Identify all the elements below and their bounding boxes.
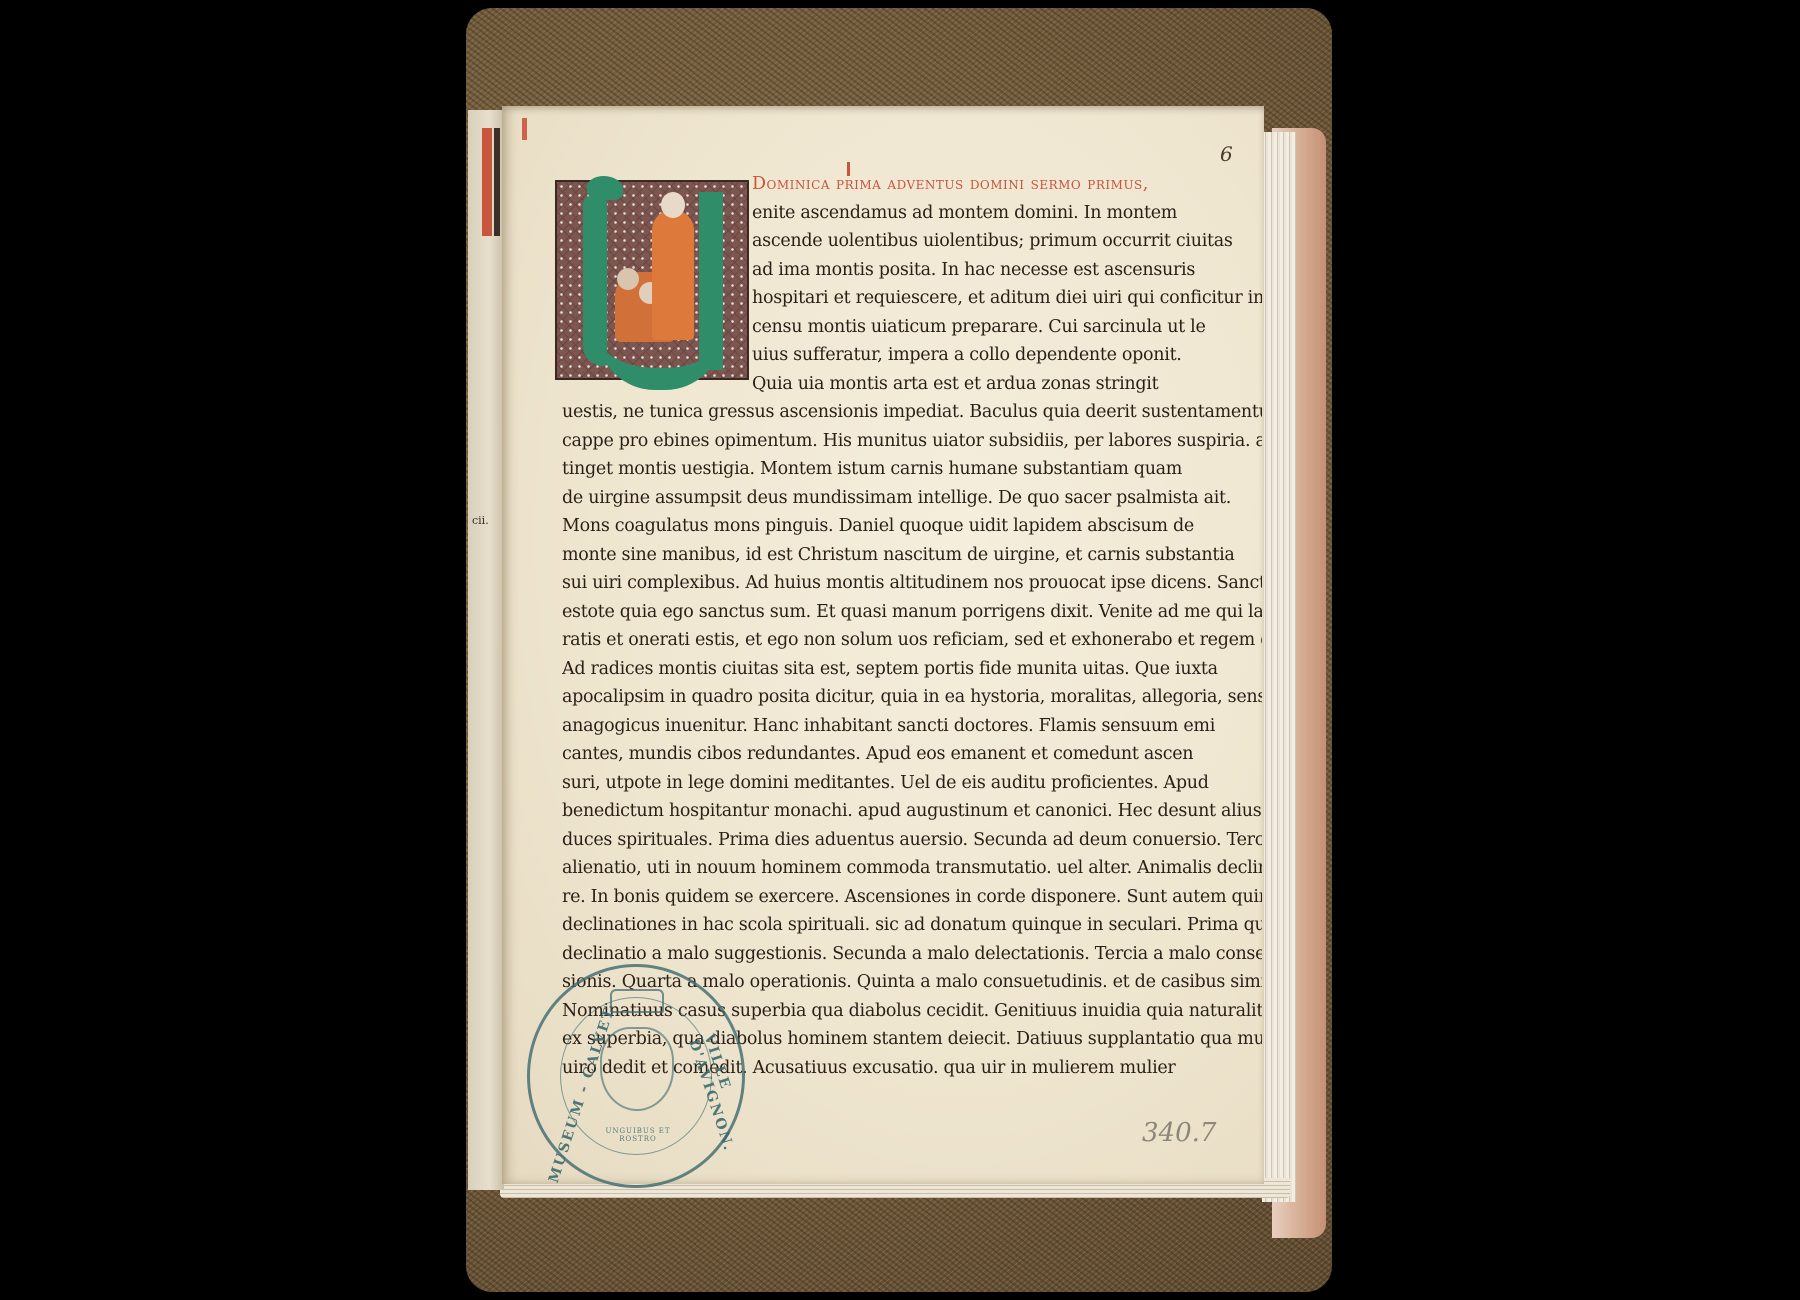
- text-line: Mons coagulatus mons pinguis. Daniel quo…: [562, 512, 1262, 541]
- page-leaf-edges: [1262, 132, 1296, 1202]
- text-line: uius sufferatur, impera a collo dependen…: [562, 341, 1262, 370]
- text-line: apocalipsim in quadro posita dicitur, qu…: [562, 683, 1262, 712]
- text-line: de uirgine assumpsit deus mundissimam in…: [562, 484, 1262, 513]
- text-line: declinatio a malo suggestionis. Secunda …: [562, 940, 1262, 969]
- text-line: re. In bonis quidem se exercere. Ascensi…: [562, 883, 1262, 912]
- text-line: cappe pro ebines opimentum. His munitus …: [562, 427, 1262, 456]
- museum-stamp: UNGUIBUS ET ROSTRO MUSEUM - CALVET VILLE…: [527, 964, 745, 1188]
- text-line: ratis et onerati estis, et ego non solum…: [562, 626, 1262, 655]
- text-line: Ad radices montis ciuitas sita est, sept…: [562, 655, 1262, 684]
- main-text-column: Dominica prima adventus domini sermo pri…: [562, 170, 1262, 1082]
- text-line: uestis, ne tunica gressus ascensionis im…: [562, 398, 1262, 427]
- red-rubric-band: [482, 128, 492, 236]
- eagle-crest-icon: [600, 1027, 674, 1111]
- folio-number: 6: [1220, 142, 1233, 166]
- text-line: duces spirituales. Prima dies aduentus a…: [562, 826, 1262, 855]
- text-line: sui uiri complexibus. Ad huius montis al…: [562, 569, 1262, 598]
- text-line: cantes, mundis cibos redundantes. Apud e…: [562, 740, 1262, 769]
- text-line: benedictum hospitantur monachi. apud aug…: [562, 797, 1262, 826]
- text-line: Quia uia montis arta est et ardua zonas …: [562, 370, 1262, 399]
- dark-band: [494, 128, 500, 236]
- rubric-heading: Dominica prima adventus domini sermo pri…: [562, 170, 1262, 199]
- text-line: tinget montis uestigia. Montem istum car…: [562, 455, 1262, 484]
- text-line: estote quia ego sanctus sum. Et quasi ma…: [562, 598, 1262, 627]
- stamp-motto: UNGUIBUS ET ROSTRO: [588, 1127, 688, 1143]
- text-line: ascende uolentibus uiolentibus; primum o…: [562, 227, 1262, 256]
- shelfmark: 340.7: [1142, 1118, 1216, 1148]
- previous-page-strip: [468, 110, 504, 1190]
- text-line: ad ima montis posita. In hac necesse est…: [562, 256, 1262, 285]
- text-line: hospitari et requiescere, et aditum diei…: [562, 284, 1262, 313]
- text-line: monte sine manibus, id est Christum nasc…: [562, 541, 1262, 570]
- text-line: alienatio, uti in nouum hominem commoda …: [562, 854, 1262, 883]
- manuscript-page: 6 cii. Dominica prima adventus domini se…: [502, 106, 1264, 1184]
- text-line: enite ascendamus ad montem domini. In mo…: [562, 199, 1262, 228]
- red-margin-mark: [522, 118, 527, 140]
- margin-note: cii.: [472, 514, 489, 527]
- text-line: anagogicus inuenitur. Hanc inhabitant sa…: [562, 712, 1262, 741]
- text-line: censu montis uiaticum preparare. Cui sar…: [562, 313, 1262, 342]
- text-line: declinationes in hac scola spirituali. s…: [562, 911, 1262, 940]
- text-line: suri, utpote in lege domini meditantes. …: [562, 769, 1262, 798]
